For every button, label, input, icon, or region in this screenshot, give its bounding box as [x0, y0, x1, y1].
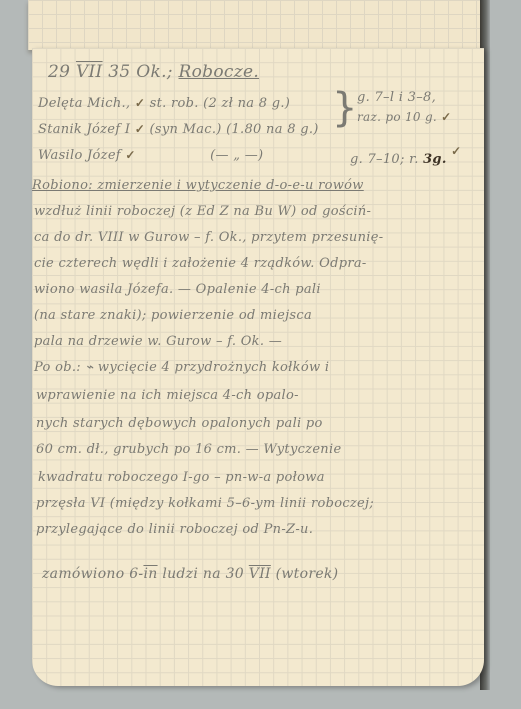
- body-line: pala na drzewie w. Gurow – f. Ok. —: [34, 334, 282, 349]
- check-mark-icon: ✓: [135, 96, 145, 110]
- body-line: (na stare znaki); powierzenie od miejsca: [34, 308, 312, 323]
- worker-detail: st. rob. (2 zł na 8 g.): [150, 96, 291, 111]
- date-month: VII: [76, 62, 103, 82]
- body-line: przylegające do linii roboczej od Pn-Z-u…: [36, 522, 313, 537]
- worker-detail: (syn Mac.) (1.80 na 8 g.): [150, 122, 319, 137]
- body-line: Robiono: zmierzenie i wytyczenie d-o-e-u…: [32, 178, 364, 193]
- footer-line: zamówiono 6-in ludzi na 30 VII (wtorek): [42, 566, 338, 582]
- body-line: cie czterech wędli i założenie 4 rządków…: [34, 256, 367, 271]
- worker-name: Delęta Mich.,: [38, 96, 130, 111]
- bracket-note-lower: g. 7–10; r. 3g. ✓: [350, 152, 461, 167]
- check-mark-icon: ✓: [125, 148, 135, 162]
- page-title: Robocze.: [179, 62, 260, 82]
- worker-row: Stanik Józef I ✓ (syn Mac.) (1.80 na 8 g…: [38, 122, 319, 137]
- body-line: nych starych dębowych opalonych pali po: [36, 416, 323, 431]
- worker-detail: (— „ —): [210, 148, 263, 163]
- worker-name: Stanik Józef I: [38, 122, 130, 137]
- footer-weekday: (wtorek): [276, 566, 339, 582]
- notebook-page: 29 VII 35 Ok.; Robocze. Delęta Mich., ✓ …: [32, 48, 484, 686]
- check-mark-icon: ✓: [451, 144, 461, 158]
- check-mark-icon: ✓: [441, 110, 451, 124]
- header-label: Ok.;: [136, 62, 173, 82]
- footer-month: VII: [249, 566, 271, 582]
- body-line: kwadratu roboczego I-go – pn-w-a połowa: [38, 470, 325, 485]
- dark-annotation: 3g.: [423, 152, 447, 167]
- worker-row: Wasilo Józef ✓ (— „ —): [38, 148, 263, 163]
- brace-icon: }: [332, 88, 357, 128]
- body-line: wprawienie na ich miejsca 4-ch opalo-: [36, 388, 299, 403]
- body-line: wiono wasila Józefa. — Opalenie 4-ch pal…: [34, 282, 321, 297]
- bracket-note-upper-1: g. 7–l i 3–8,: [357, 90, 436, 105]
- body-line: ca do dr. VIII w Gurow – f. Ok., przytem…: [34, 230, 383, 245]
- body-line: wzdłuż linii roboczej (z Ed Z na Bu W) o…: [34, 204, 371, 219]
- previous-page-stack: [28, 0, 480, 50]
- body-line: 60 cm. dł., grubych po 16 cm. — Wytyczen…: [36, 442, 341, 457]
- worker-name: Wasilo Józef: [38, 148, 121, 163]
- body-line: Po ob.: ⌁ wycięcie 4 przydrożnych kołków…: [34, 360, 329, 375]
- check-mark-icon: ✓: [135, 122, 145, 136]
- date-year: 35: [108, 62, 130, 82]
- worker-row: Delęta Mich., ✓ st. rob. (2 zł na 8 g.): [38, 96, 290, 111]
- body-line: przęsła VI (między kołkami 5–6-ym linii …: [36, 496, 374, 511]
- bracket-note-upper-2: raz. po 10 g. ✓: [357, 110, 452, 124]
- page-header: 29 VII 35 Ok.; Robocze.: [48, 62, 259, 82]
- date-day: 29: [48, 62, 70, 82]
